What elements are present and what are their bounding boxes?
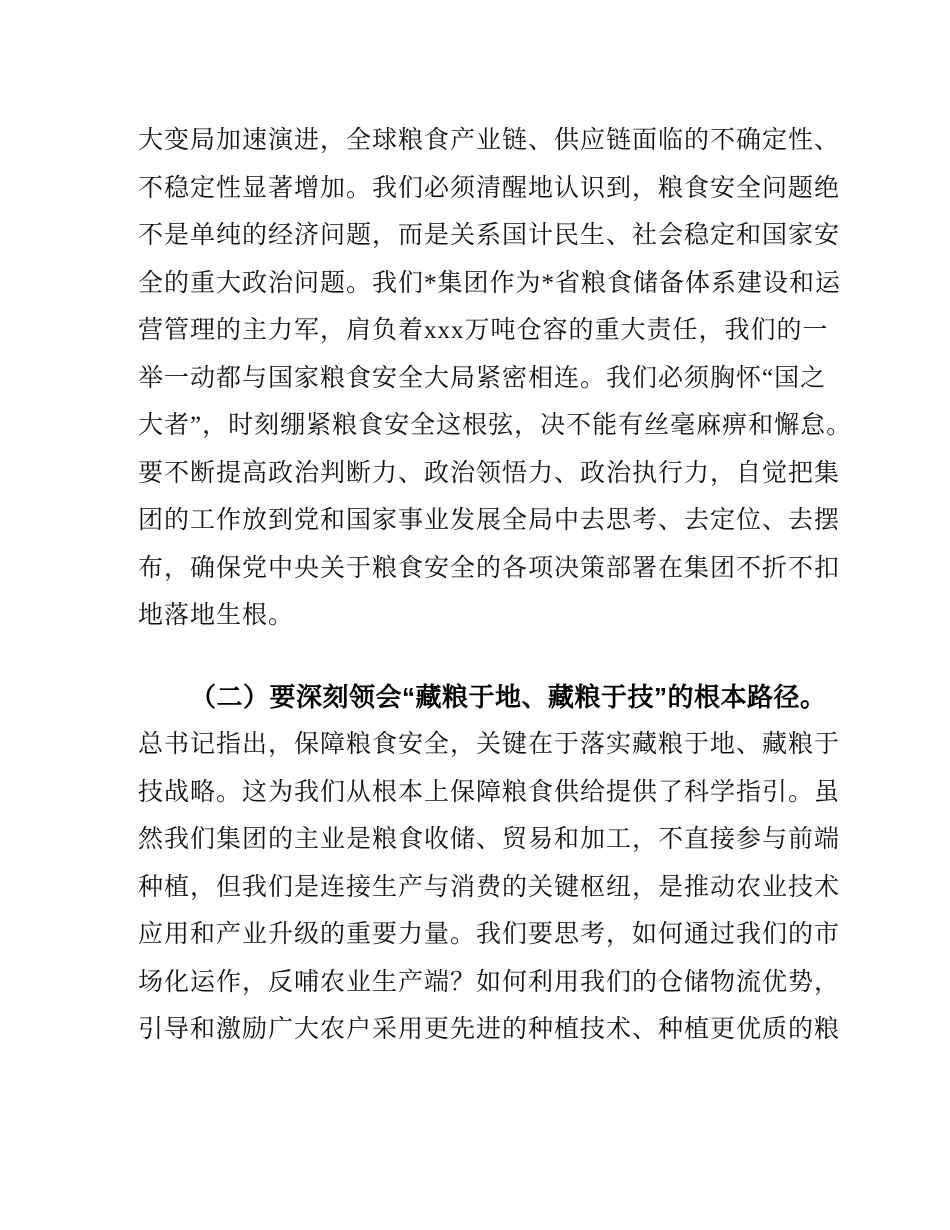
paragraph-two-body: 总书记指出，保障粮食安全，关键在于落实藏粮于地、藏粮于技战略。这为我们从根本上保…: [138, 721, 818, 1054]
text-line: 地落地生根。: [138, 592, 818, 640]
text-line: 引导和激励广大农户采用更先进的种植技术、种植更优质的粮: [138, 1006, 818, 1054]
text-line: 不稳定性显著增加。我们必须清醒地认识到，粮食安全问题绝: [138, 165, 818, 213]
text-line: 总书记指出，保障粮食安全，关键在于落实藏粮于地、藏粮于: [138, 721, 818, 769]
text-line: 举一动都与国家粮食安全大局紧密相连。我们必须胸怀“国之: [138, 355, 818, 403]
text-line: 场化运作，反哺农业生产端？如何利用我们的仓储物流优势，: [138, 959, 818, 1007]
paragraph-two: （二）要深刻领会“藏粮于地、藏粮于技”的根本路径。 总书记指出，保障粮食安全，关…: [138, 674, 818, 1054]
text-line: 然我们集团的主业是粮食收储、贸易和加工，不直接参与前端: [138, 816, 818, 864]
text-line: 大变局加速演进，全球粮食产业链、供应链面临的不确定性、: [138, 117, 818, 165]
paragraph-continuation: 大变局加速演进，全球粮食产业链、供应链面临的不确定性、不稳定性显著增加。我们必须…: [138, 117, 818, 640]
text-block: 大变局加速演进，全球粮食产业链、供应链面临的不确定性、不稳定性显著增加。我们必须…: [138, 117, 818, 1054]
text-line: 技战略。这为我们从根本上保障粮食供给提供了科学指引。虽: [138, 769, 818, 817]
text-line: 营管理的主力军，肩负着xxx万吨仓容的重大责任，我们的一: [138, 307, 818, 355]
text-line: 团的工作放到党和国家事业发展全局中去思考、去定位、去摆: [138, 497, 818, 545]
text-line: 要不断提高政治判断力、政治领悟力、政治执行力，自觉把集: [138, 450, 818, 498]
document-page: 大变局加速演进，全球粮食产业链、供应链面临的不确定性、不稳定性显著增加。我们必须…: [0, 0, 950, 1230]
section-heading: （二）要深刻领会“藏粮于地、藏粮于技”的根本路径。: [138, 674, 818, 722]
text-line: 大者”，时刻绷紧粮食安全这根弦，决不能有丝毫麻痹和懈怠。: [138, 402, 818, 450]
text-line: 不是单纯的经济问题，而是关系国计民生、社会稳定和国家安: [138, 212, 818, 260]
text-line: 全的重大政治问题。我们*集团作为*省粮食储备体系建设和运: [138, 260, 818, 308]
text-line: 布，确保党中央关于粮食安全的各项决策部署在集团不折不扣: [138, 545, 818, 593]
text-line: 应用和产业升级的重要力量。我们要思考，如何通过我们的市: [138, 911, 818, 959]
text-line: 种植，但我们是连接生产与消费的关键枢纽，是推动农业技术: [138, 864, 818, 912]
